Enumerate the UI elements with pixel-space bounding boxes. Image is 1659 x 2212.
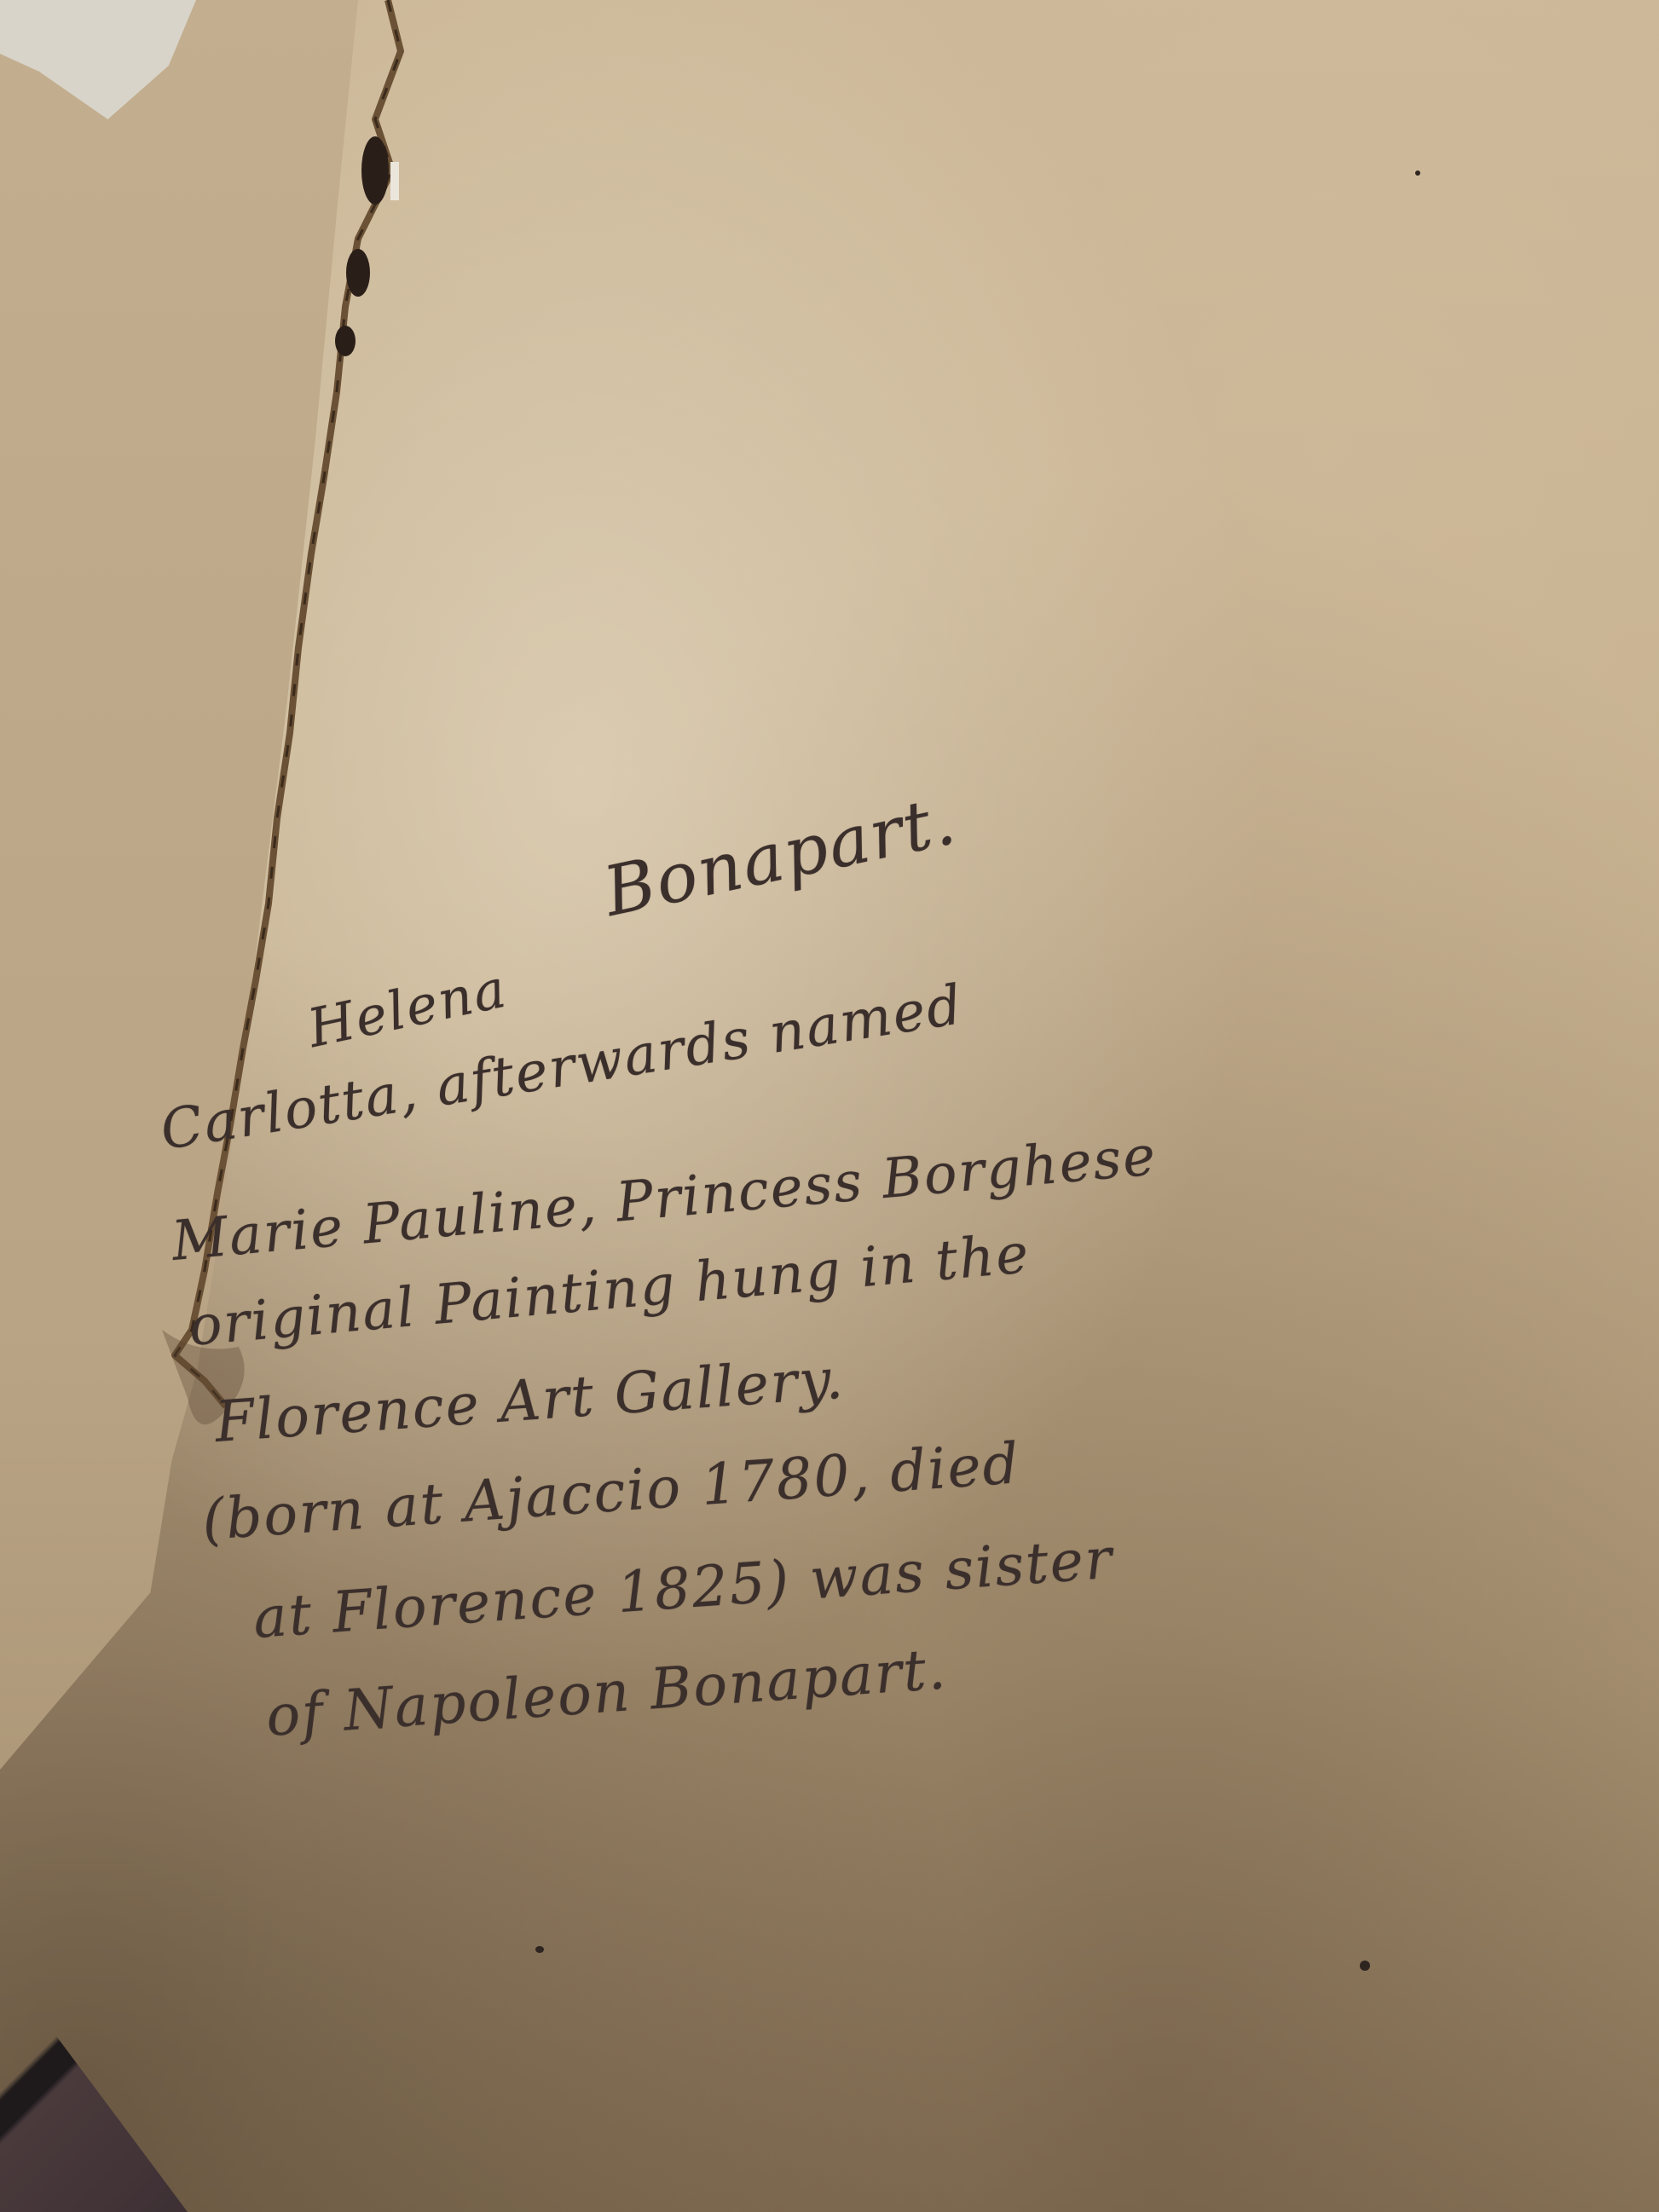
heading-last-name: Bonapart.: [598, 780, 963, 932]
note-line-4: Florence Art Gallery.: [213, 1346, 847, 1455]
note-line-5: (born at Ajaccio 1780, died: [200, 1430, 1022, 1553]
note-line-6: at Florence 1825) was sister: [251, 1526, 1116, 1651]
handwritten-note: Helena Bonapart. Carlotta, afterwards na…: [0, 0, 1659, 2212]
note-line-1: Carlotta, afterwards named: [156, 973, 967, 1163]
note-line-7: of Napoleon Bonapart.: [264, 1636, 950, 1749]
heading-first-name: Helena: [303, 956, 512, 1060]
